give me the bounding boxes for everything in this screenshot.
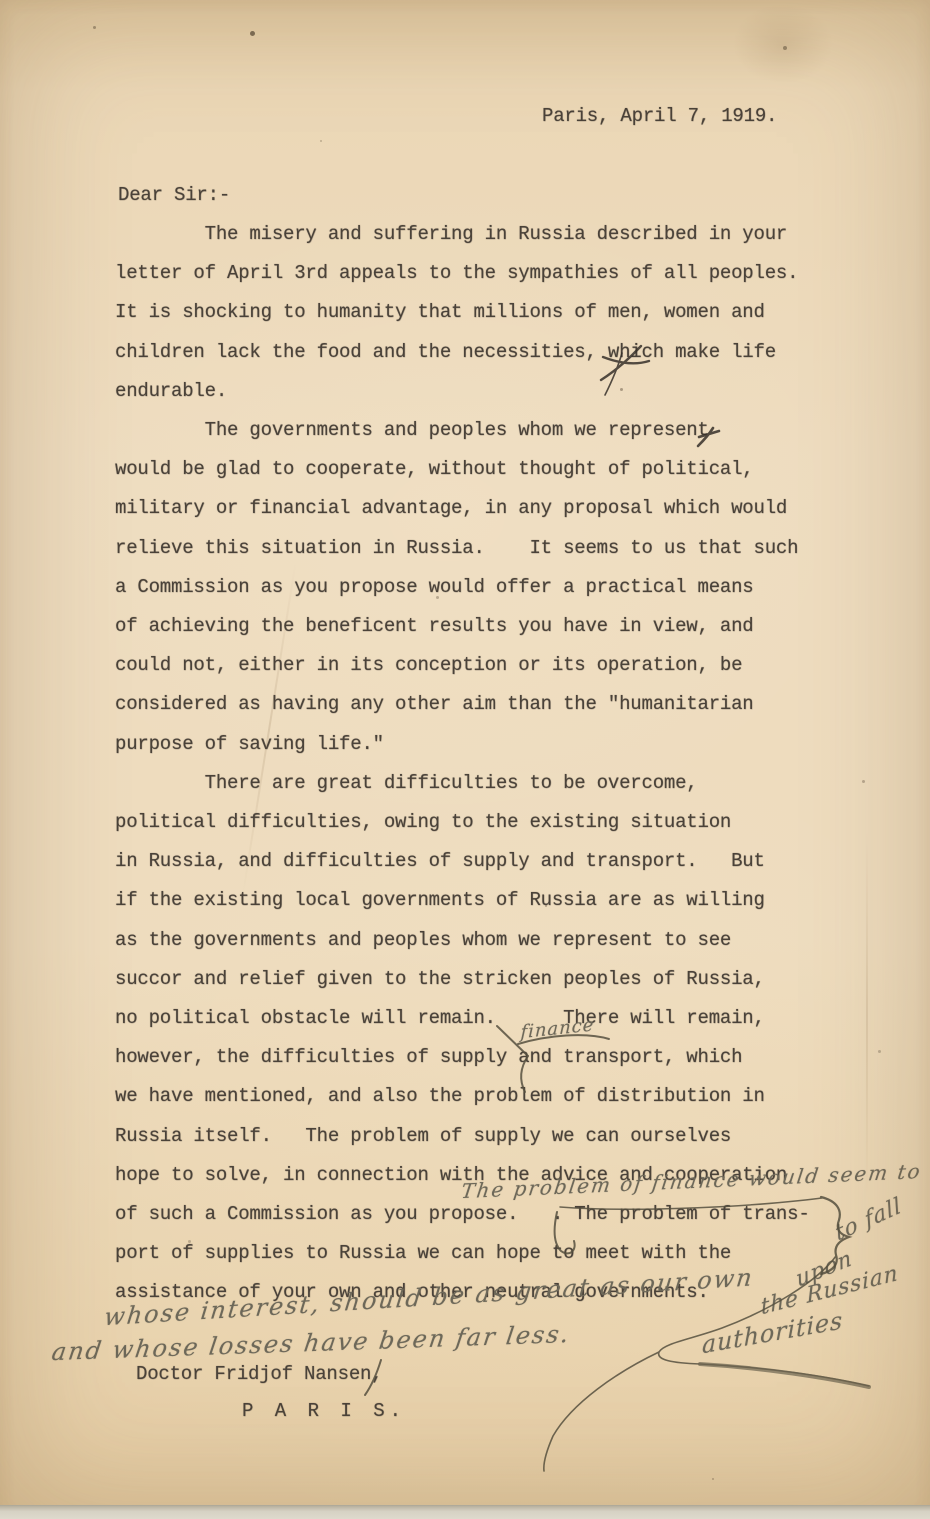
typed-line: relieve this situation in Russia. It see… [115, 539, 798, 558]
paper-speck [436, 596, 439, 599]
handwritten-footer-line-1: whose interest, should be as great as ou… [103, 1263, 756, 1331]
paper-speck [712, 1478, 714, 1480]
connector-thick-stroke [700, 1364, 869, 1387]
paper-speck [783, 46, 787, 50]
city-line: P A R I S. [242, 1402, 406, 1421]
typed-line: The governments and peoples whom we repr… [115, 421, 709, 440]
typed-line: It is shocking to humanity that millions… [115, 303, 765, 322]
typed-line: as the governments and peoples whom we r… [115, 931, 731, 950]
typed-line: of achieving the beneficent results you … [115, 617, 754, 636]
date-line: Paris, April 7, 1919. [542, 107, 777, 126]
typed-line: children lack the food and the necessiti… [115, 343, 776, 362]
typed-line: a Commission as you propose would offer … [115, 578, 754, 597]
typed-line: political difficulties, owing to the exi… [115, 813, 731, 832]
typed-line: could not, either in its conception or i… [115, 656, 742, 675]
paper-speck [285, 822, 288, 825]
typed-line: of such a Commission as you propose. . T… [115, 1205, 810, 1224]
typed-line: however, the difficulties of supply and … [115, 1048, 742, 1067]
typed-line: would be glad to cooperate, without thou… [115, 460, 754, 479]
typed-line: if the existing local governments of Rus… [115, 891, 765, 910]
fingerprint-smudge [733, 4, 833, 84]
typed-line: The misery and suffering in Russia descr… [115, 225, 787, 244]
paper-speck [620, 388, 623, 391]
connector-tail [544, 1352, 659, 1471]
paper-speck [188, 1240, 191, 1243]
typed-line: purpose of saving life." [115, 735, 384, 754]
addressee-line: Doctor Fridjof Nansen, [136, 1365, 382, 1384]
typed-line: There are great difficulties to be overc… [115, 774, 698, 793]
typed-line: no political obstacle will remain. There… [115, 1009, 765, 1028]
typed-line: port of supplies to Russia we can hope t… [115, 1244, 731, 1263]
paper-speck [545, 905, 547, 907]
typed-line: military or financial advantage, in any … [115, 499, 787, 518]
typed-line: considered as having any other aim than … [115, 695, 754, 714]
typed-line: endurable. [115, 382, 227, 401]
photo-bottom-edge [0, 1505, 930, 1519]
paper-speck [878, 1050, 881, 1053]
typed-line: in Russia, and difficulties of supply an… [115, 852, 765, 871]
paper-speck [320, 140, 322, 142]
paper-crease [866, 830, 868, 1200]
paper-speck [250, 31, 255, 36]
paper-speck [93, 26, 96, 29]
salutation: Dear Sir:- [118, 186, 230, 205]
typed-line: we have mentioned, and also the problem … [115, 1087, 765, 1106]
letter-page: Paris, April 7, 1919. Dear Sir:- The mis… [0, 0, 930, 1519]
typed-line: letter of April 3rd appeals to the sympa… [115, 264, 798, 283]
paper-speck [862, 780, 865, 783]
typed-line: Russia itself. The problem of supply we … [115, 1127, 731, 1146]
margin-word: to fall [833, 1193, 904, 1247]
typed-line: succor and relief given to the stricken … [115, 970, 765, 989]
paper-crease [241, 562, 296, 898]
